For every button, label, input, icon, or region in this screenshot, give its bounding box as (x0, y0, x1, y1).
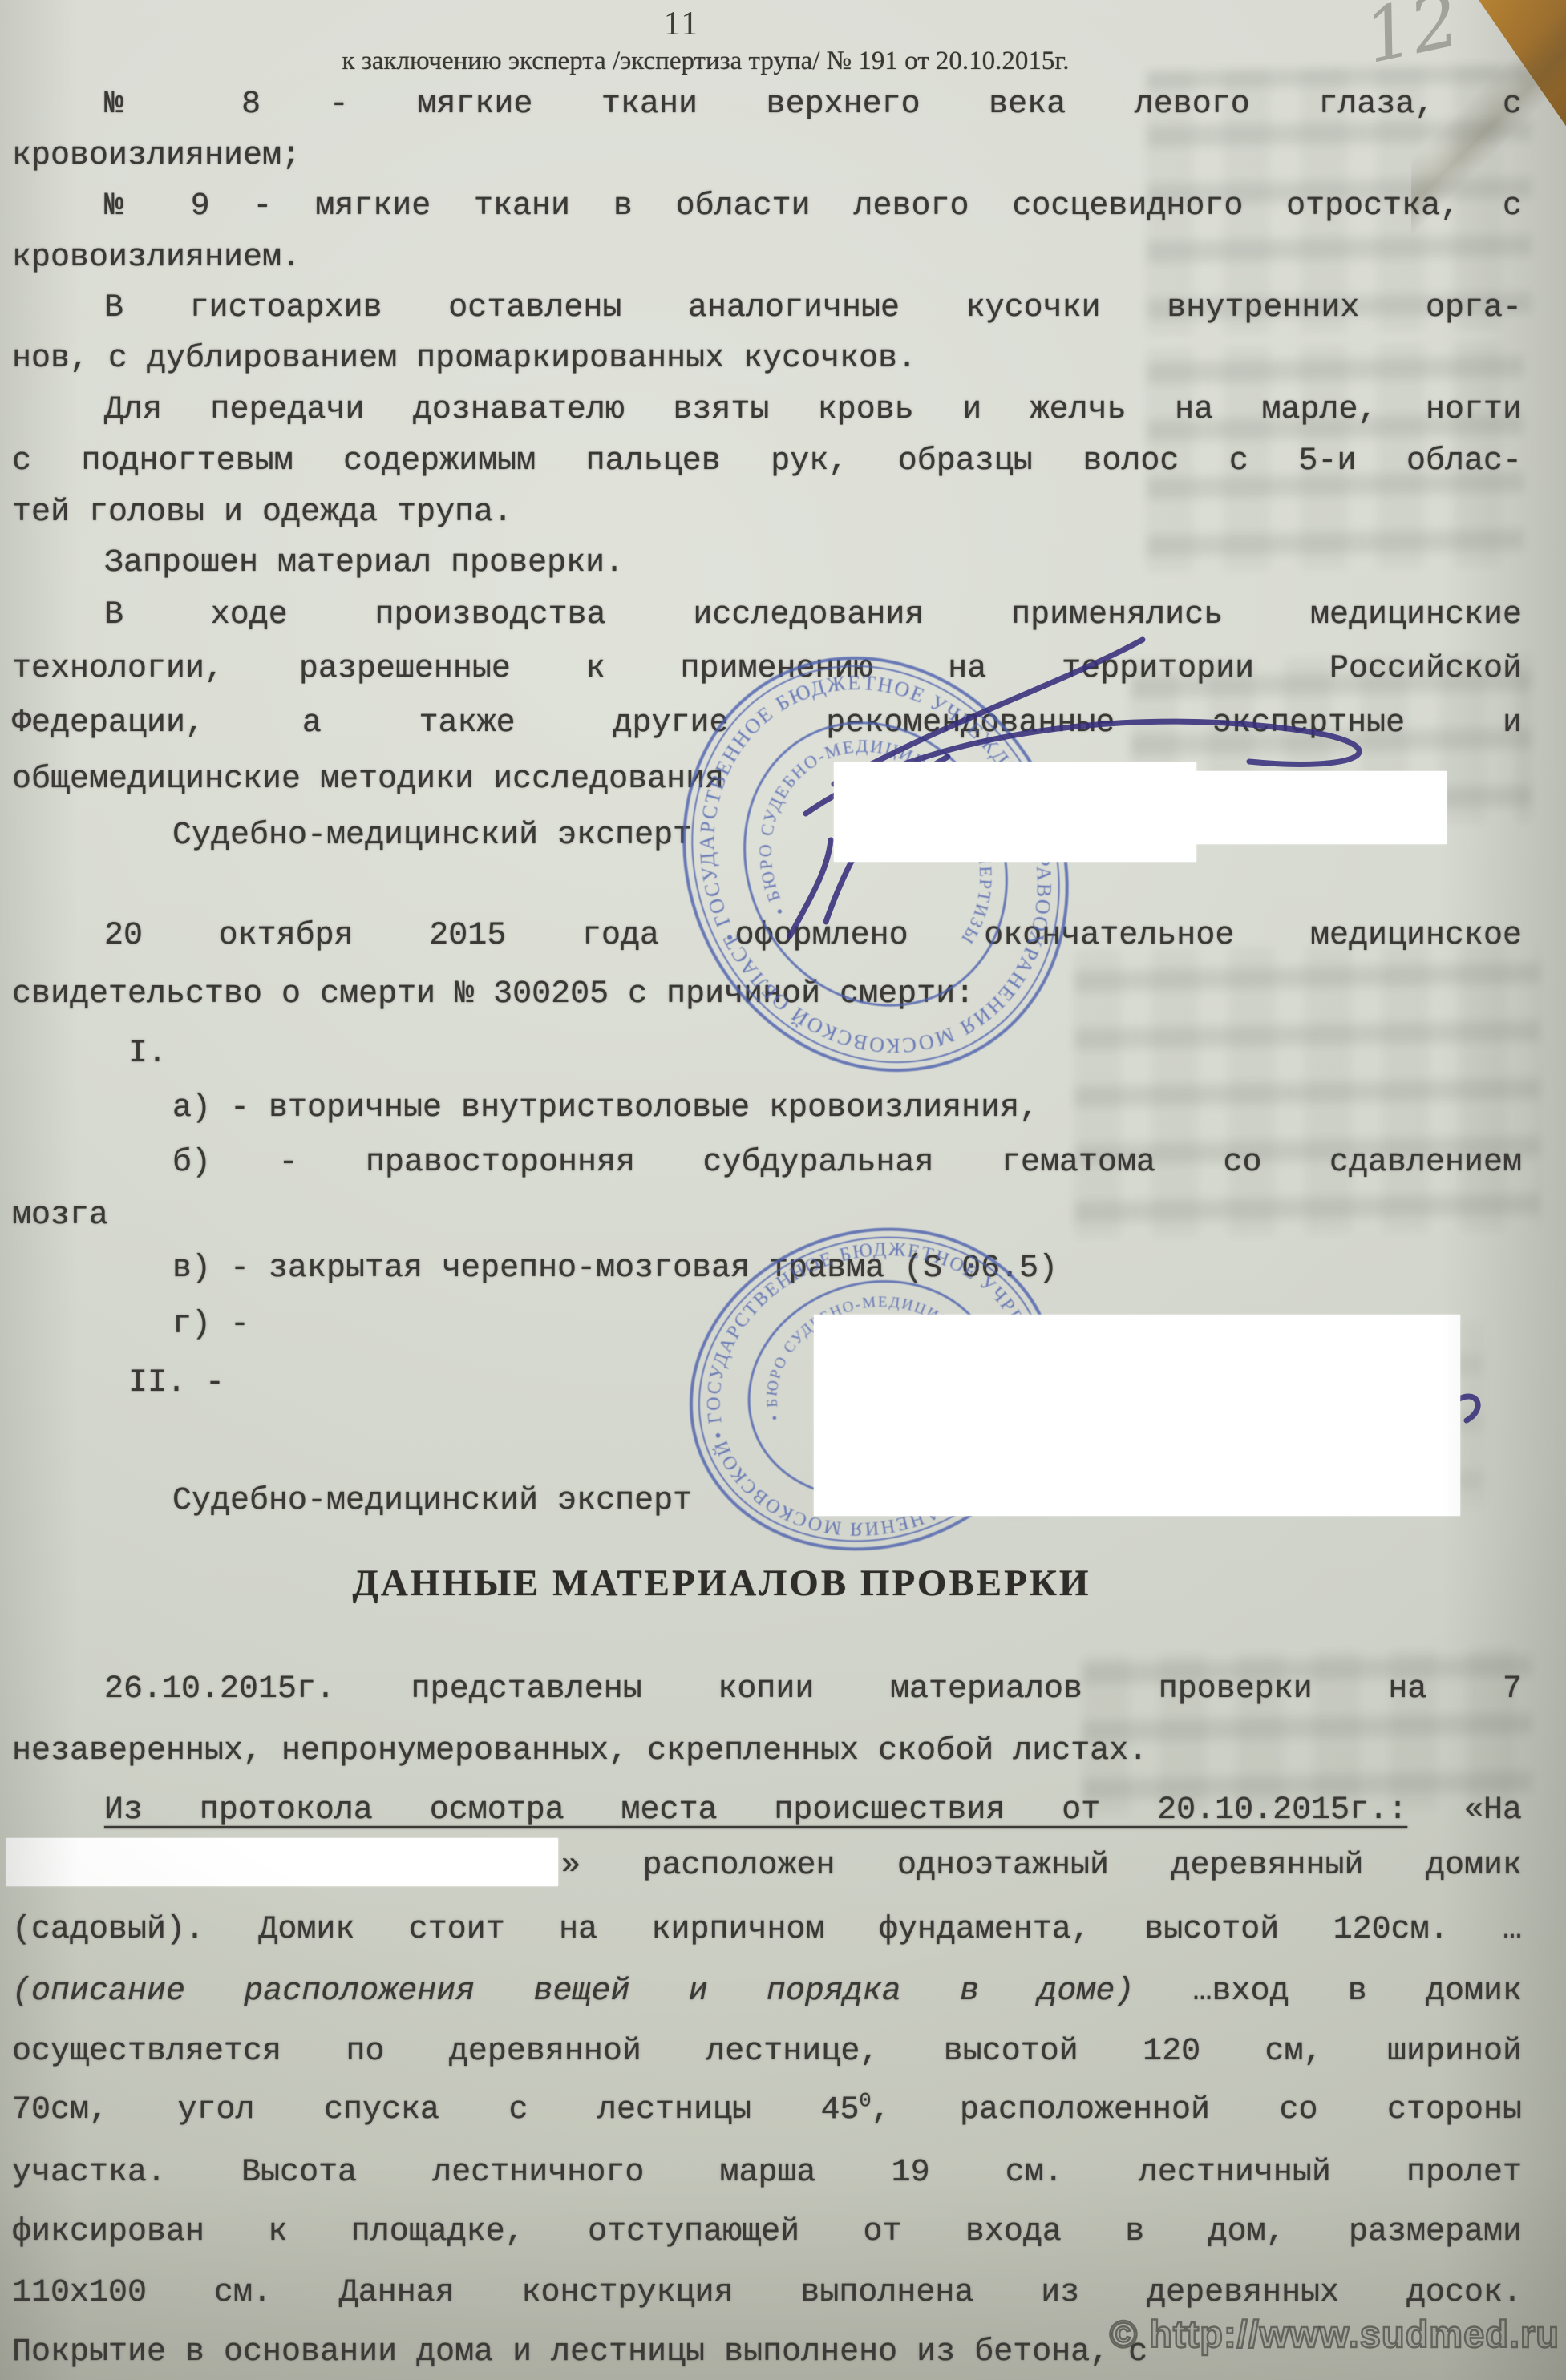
signature-layer (0, 0, 1566, 2380)
watermark: © http://www.sudmed.ru (786, 2312, 1560, 2356)
redaction-box (1193, 771, 1447, 844)
signature-stroke (1458, 1396, 1478, 1420)
scanned-document-page: 11 12 к заключению эксперта /экспертиза … (0, 0, 1566, 2380)
redaction-box (834, 762, 1196, 862)
redaction-box (6, 1838, 558, 1886)
redaction-box (814, 1315, 1460, 1516)
